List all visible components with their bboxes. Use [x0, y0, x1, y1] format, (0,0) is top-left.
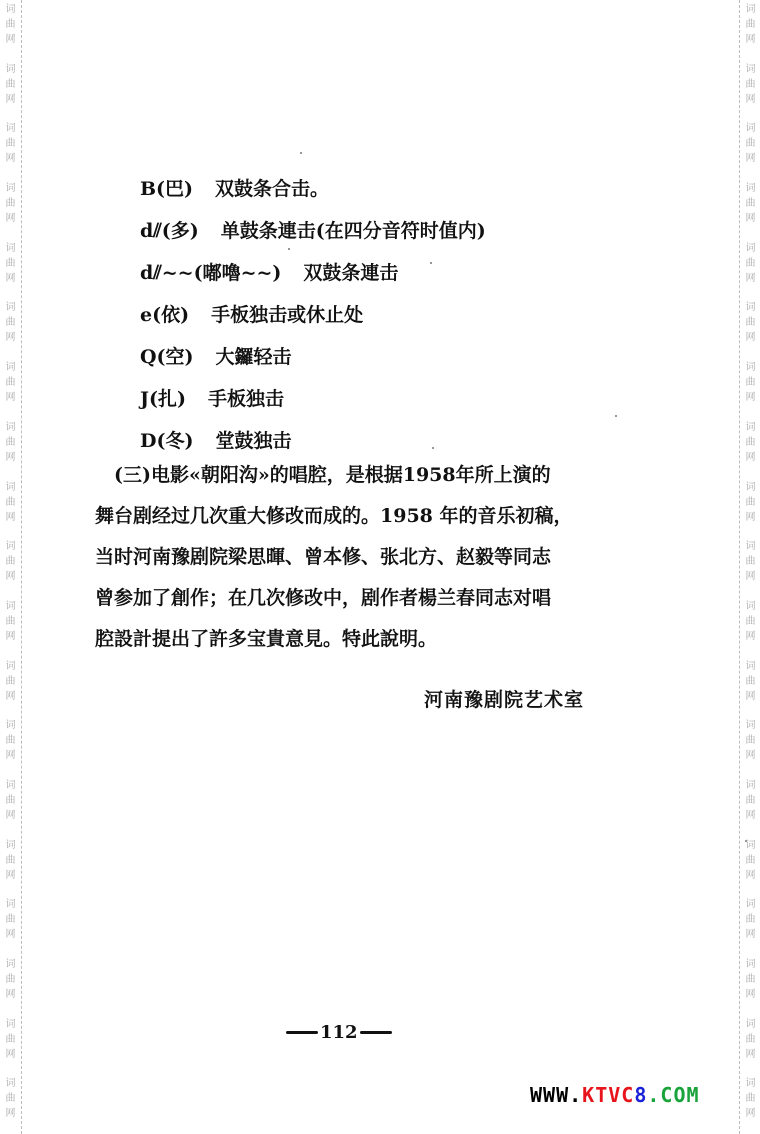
watermark-char: 词 — [6, 62, 16, 77]
watermark-char: 词 — [6, 838, 16, 853]
watermark-char: 词 — [746, 897, 756, 912]
legend-item: J(扎) 手板独击 — [140, 376, 486, 418]
watermark-char: 词 — [746, 2, 756, 17]
url-part: WWW. — [530, 1083, 582, 1107]
note-paragraph: (三)电影«朝阳沟»的唱腔，是根据1958年所上演的 舞台剧经过几次重大修改而成… — [95, 455, 615, 660]
watermark-char: 网 — [6, 987, 16, 1002]
watermark-group: 词曲网 — [746, 537, 756, 597]
watermark-group: 词曲网 — [746, 1015, 756, 1075]
watermark-column-right: 词曲网词曲网词曲网词曲网词曲网词曲网词曲网词曲网词曲网词曲网词曲网词曲网词曲网词… — [739, 0, 760, 1134]
legend-description: 大鑼轻击 — [216, 342, 292, 369]
watermark-group: 词曲网 — [746, 478, 756, 538]
watermark-char: 曲 — [746, 435, 756, 450]
watermark-char: 词 — [6, 778, 16, 793]
paragraph-line: 曾参加了創作；在几次修改中，剧作者楊兰春同志对唱 — [95, 578, 615, 619]
watermark-group: 词曲网 — [6, 657, 16, 717]
dash-decoration — [360, 1031, 392, 1034]
watermark-char: 曲 — [6, 196, 16, 211]
watermark-group: 词曲网 — [746, 239, 756, 299]
watermark-char: 词 — [6, 599, 16, 614]
paragraph-line: 舞台剧经过几次重大修改而成的。1958 年的音乐初稿， — [95, 496, 615, 537]
watermark-char: 网 — [746, 92, 756, 107]
watermark-char: 网 — [6, 748, 16, 763]
watermark-char: 网 — [6, 92, 16, 107]
watermark-char: 曲 — [6, 17, 16, 32]
watermark-group: 词曲网 — [6, 537, 16, 597]
watermark-char: 网 — [746, 987, 756, 1002]
watermark-group: 词曲网 — [6, 298, 16, 358]
watermark-group: 词曲网 — [746, 0, 756, 60]
watermark-char: 词 — [6, 539, 16, 554]
watermark-char: 网 — [6, 211, 16, 226]
watermark-char: 曲 — [746, 853, 756, 868]
watermark-char: 网 — [746, 748, 756, 763]
watermark-char: 词 — [746, 718, 756, 733]
legend-description: 手板独击或休止处 — [211, 300, 363, 327]
legend-item: d⫽~~(嘟嚕~~) 双鼓条連击 — [140, 250, 486, 292]
watermark-group: 词曲网 — [746, 657, 756, 717]
legend-symbol: J(扎) — [140, 384, 186, 411]
watermark-char: 词 — [6, 1076, 16, 1091]
watermark-char: 词 — [6, 1017, 16, 1032]
watermark-group: 词曲网 — [746, 1074, 756, 1134]
watermark-char: 网 — [6, 450, 16, 465]
watermark-group: 词曲网 — [746, 298, 756, 358]
watermark-char: 词 — [746, 62, 756, 77]
watermark-group: 词曲网 — [746, 418, 756, 478]
watermark-group: 词曲网 — [6, 418, 16, 478]
watermark-group: 词曲网 — [6, 0, 16, 60]
watermark-group: 词曲网 — [746, 597, 756, 657]
scan-speck — [432, 447, 434, 449]
watermark-group: 词曲网 — [6, 119, 16, 179]
watermark-char: 曲 — [746, 495, 756, 510]
watermark-char: 网 — [746, 330, 756, 345]
watermark-char: 词 — [6, 897, 16, 912]
watermark-group: 词曲网 — [6, 478, 16, 538]
watermark-char: 网 — [6, 390, 16, 405]
dash-decoration — [286, 1031, 318, 1034]
signature: 河南豫剧院艺术室 — [424, 685, 584, 712]
watermark-char: 网 — [6, 151, 16, 166]
legend-item: D(冬) 堂鼓独击 — [140, 418, 486, 460]
watermark-char: 曲 — [746, 375, 756, 390]
watermark-char: 网 — [746, 689, 756, 704]
watermark-char: 网 — [746, 271, 756, 286]
legend-symbol: e(依) — [140, 300, 189, 327]
watermark-char: 词 — [6, 181, 16, 196]
watermark-char: 词 — [6, 2, 16, 17]
url-part: .COM — [647, 1083, 699, 1107]
watermark-char: 词 — [6, 420, 16, 435]
watermark-char: 曲 — [6, 77, 16, 92]
legend-description: 双鼓条連击 — [303, 258, 398, 285]
legend-symbol: d⫽~~(嘟嚕~~) — [140, 258, 281, 285]
watermark-group: 词曲网 — [6, 239, 16, 299]
watermark-char: 词 — [746, 778, 756, 793]
watermark-char: 曲 — [6, 912, 16, 927]
scan-speck — [615, 415, 617, 417]
watermark-group: 词曲网 — [6, 597, 16, 657]
watermark-char: 网 — [6, 927, 16, 942]
legend-description: 单鼓条連击(在四分音符时值内) — [221, 216, 486, 243]
watermark-char: 词 — [746, 121, 756, 136]
watermark-group: 词曲网 — [6, 358, 16, 418]
watermark-char: 词 — [746, 838, 756, 853]
legend-description: 双鼓条合击。 — [215, 174, 329, 201]
legend-item: B(巴) 双鼓条合击。 — [140, 166, 486, 208]
scan-speck — [300, 152, 302, 154]
watermark-char: 曲 — [746, 1032, 756, 1047]
watermark-char: 网 — [6, 1106, 16, 1121]
watermark-char: 曲 — [746, 196, 756, 211]
watermark-char: 曲 — [6, 614, 16, 629]
watermark-char: 曲 — [746, 77, 756, 92]
paragraph-line: 腔設計提出了許多宝貴意見。特此說明。 — [95, 619, 615, 660]
percussion-legend: B(巴) 双鼓条合击。 d⫽(多) 单鼓条連击(在四分音符时值内) d⫽~~(嘟… — [140, 166, 486, 460]
watermark-char: 词 — [746, 360, 756, 375]
watermark-char: 网 — [6, 271, 16, 286]
watermark-char: 曲 — [746, 912, 756, 927]
watermark-char: 曲 — [746, 972, 756, 987]
watermark-char: 网 — [6, 808, 16, 823]
watermark-group: 词曲网 — [6, 1015, 16, 1075]
watermark-char: 曲 — [6, 554, 16, 569]
legend-item: e(依) 手板独击或休止处 — [140, 292, 486, 334]
page-number-value: 112 — [320, 1022, 358, 1043]
watermark-char: 词 — [746, 300, 756, 315]
watermark-char: 网 — [6, 330, 16, 345]
legend-symbol: D(冬) — [140, 426, 193, 453]
watermark-char: 曲 — [6, 495, 16, 510]
watermark-char: 网 — [746, 390, 756, 405]
watermark-char: 网 — [746, 868, 756, 883]
watermark-char: 词 — [746, 659, 756, 674]
url-part: 8 — [634, 1083, 647, 1107]
watermark-char: 词 — [6, 121, 16, 136]
legend-description: 手板独击 — [208, 384, 284, 411]
watermark-group: 词曲网 — [746, 776, 756, 836]
watermark-char: 网 — [6, 1047, 16, 1062]
watermark-char: 词 — [6, 300, 16, 315]
watermark-group: 词曲网 — [6, 836, 16, 896]
watermark-char: 词 — [746, 420, 756, 435]
watermark-char: 词 — [6, 659, 16, 674]
watermark-group: 词曲网 — [746, 119, 756, 179]
scan-speck — [430, 262, 432, 264]
watermark-char: 曲 — [6, 435, 16, 450]
watermark-char: 词 — [746, 957, 756, 972]
watermark-char: 曲 — [6, 972, 16, 987]
watermark-group: 词曲网 — [746, 836, 756, 896]
watermark-char: 网 — [6, 629, 16, 644]
watermark-char: 网 — [746, 569, 756, 584]
watermark-char: 曲 — [6, 793, 16, 808]
legend-symbol: Q(空) — [140, 342, 194, 369]
watermark-group: 词曲网 — [6, 179, 16, 239]
watermark-char: 词 — [746, 1017, 756, 1032]
legend-item: Q(空) 大鑼轻击 — [140, 334, 486, 376]
watermark-char: 曲 — [6, 1091, 16, 1106]
watermark-char: 曲 — [6, 674, 16, 689]
watermark-char: 词 — [746, 241, 756, 256]
watermark-group: 词曲网 — [6, 716, 16, 776]
watermark-group: 词曲网 — [6, 895, 16, 955]
legend-symbol: d⫽(多) — [140, 216, 199, 243]
legend-item: d⫽(多) 单鼓条連击(在四分音符时值内) — [140, 208, 486, 250]
watermark-char: 网 — [746, 1106, 756, 1121]
watermark-char: 网 — [746, 211, 756, 226]
watermark-char: 曲 — [6, 256, 16, 271]
watermark-group: 词曲网 — [6, 776, 16, 836]
watermark-char: 曲 — [746, 256, 756, 271]
watermark-char: 网 — [746, 629, 756, 644]
watermark-char: 网 — [746, 510, 756, 525]
watermark-char: 词 — [6, 360, 16, 375]
watermark-char: 词 — [6, 241, 16, 256]
watermark-char: 词 — [746, 599, 756, 614]
watermark-char: 网 — [6, 569, 16, 584]
watermark-char: 网 — [6, 32, 16, 47]
watermark-char: 曲 — [746, 136, 756, 151]
watermark-group: 词曲网 — [746, 955, 756, 1015]
watermark-char: 词 — [6, 480, 16, 495]
watermark-char: 网 — [746, 151, 756, 166]
watermark-group: 词曲网 — [746, 179, 756, 239]
page-number: 112 — [286, 1022, 392, 1043]
watermark-char: 词 — [746, 1076, 756, 1091]
paragraph-line: 当时河南豫剧院梁思暉、曾本修、张北方、赵毅等同志 — [95, 537, 615, 578]
watermark-group: 词曲网 — [746, 60, 756, 120]
legend-description: 堂鼓独击 — [215, 426, 291, 453]
site-url-watermark: WWW.KTVC8.COM — [530, 1083, 700, 1107]
watermark-char: 曲 — [6, 733, 16, 748]
watermark-char: 词 — [6, 718, 16, 733]
watermark-char: 曲 — [746, 614, 756, 629]
watermark-char: 曲 — [746, 793, 756, 808]
legend-symbol: B(巴) — [140, 174, 193, 201]
watermark-group: 词曲网 — [6, 60, 16, 120]
watermark-group: 词曲网 — [746, 358, 756, 418]
watermark-char: 曲 — [746, 554, 756, 569]
watermark-char: 词 — [6, 957, 16, 972]
watermark-char: 曲 — [6, 853, 16, 868]
paragraph-line: (三)电影«朝阳沟»的唱腔，是根据1958年所上演的 — [95, 455, 615, 496]
watermark-group: 词曲网 — [746, 716, 756, 776]
watermark-group: 词曲网 — [6, 955, 16, 1015]
watermark-char: 曲 — [6, 375, 16, 390]
watermark-char: 网 — [746, 450, 756, 465]
watermark-char: 网 — [6, 868, 16, 883]
watermark-char: 曲 — [746, 674, 756, 689]
watermark-char: 曲 — [6, 1032, 16, 1047]
watermark-char: 网 — [746, 1047, 756, 1062]
watermark-char: 曲 — [746, 733, 756, 748]
watermark-char: 词 — [746, 480, 756, 495]
watermark-char: 曲 — [6, 315, 16, 330]
watermark-char: 网 — [6, 510, 16, 525]
watermark-group: 词曲网 — [746, 895, 756, 955]
watermark-char: 词 — [746, 181, 756, 196]
watermark-char: 曲 — [746, 1091, 756, 1106]
watermark-char: 网 — [746, 808, 756, 823]
watermark-column-left: 词曲网词曲网词曲网词曲网词曲网词曲网词曲网词曲网词曲网词曲网词曲网词曲网词曲网词… — [0, 0, 22, 1134]
scan-speck — [288, 248, 290, 250]
watermark-group: 词曲网 — [6, 1074, 16, 1134]
watermark-char: 曲 — [6, 136, 16, 151]
watermark-char: 网 — [746, 32, 756, 47]
watermark-char: 曲 — [746, 315, 756, 330]
watermark-char: 网 — [746, 927, 756, 942]
watermark-char: 词 — [746, 539, 756, 554]
url-part: KTVC — [582, 1083, 634, 1107]
watermark-char: 网 — [6, 689, 16, 704]
watermark-char: 曲 — [746, 17, 756, 32]
scan-speck — [745, 840, 747, 842]
